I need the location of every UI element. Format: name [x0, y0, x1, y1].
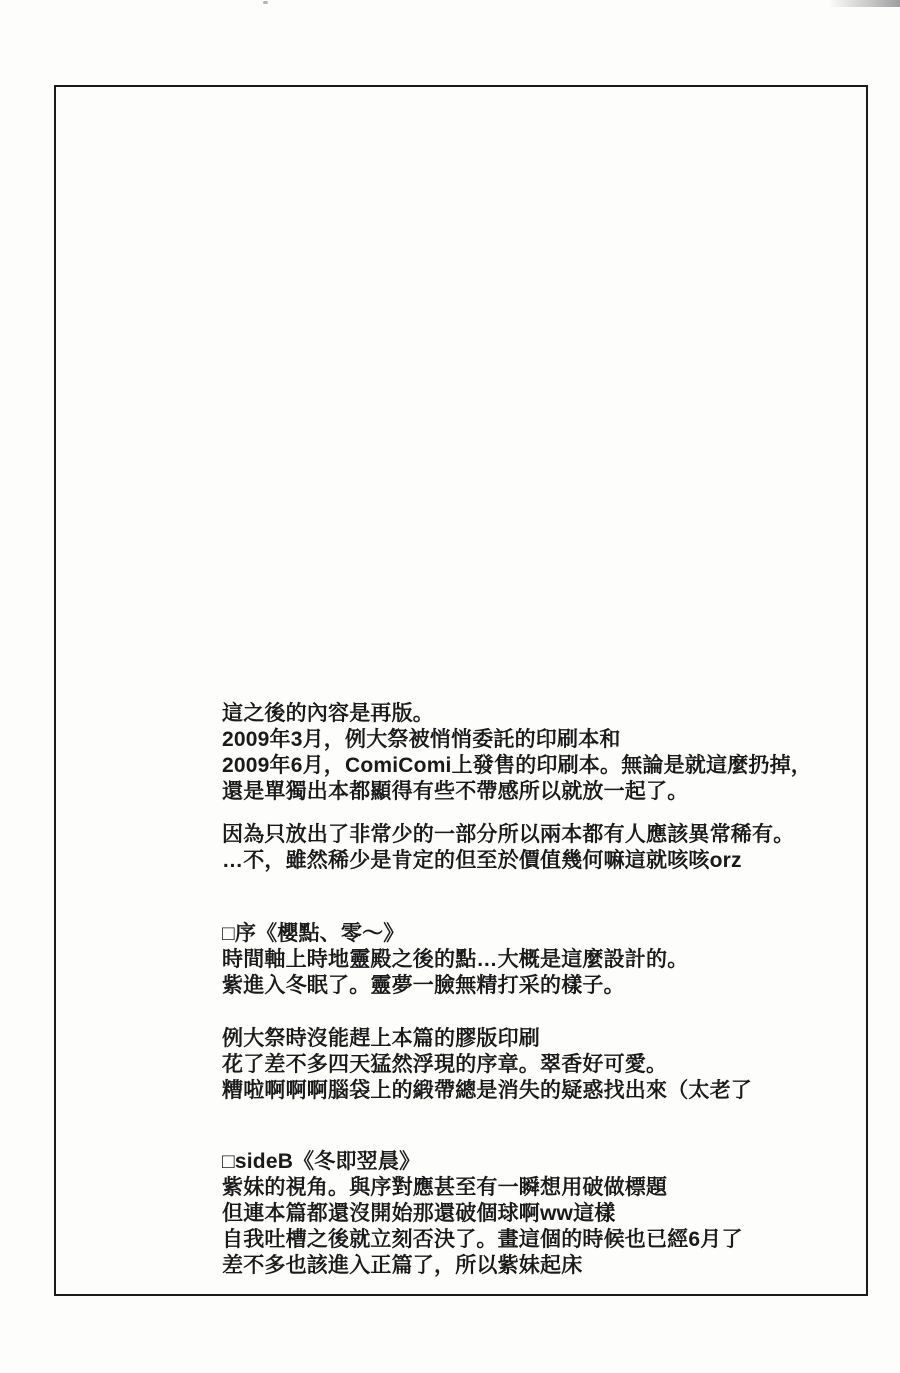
page-border-frame [54, 85, 868, 1296]
paragraph-sideb-section: □sideB《冬即翌晨》 紫妹的視角。與序對應甚至有一瞬想用破做標題 但連本篇都… [222, 1149, 743, 1279]
scanned-afterword-page: 這之後的內容是再版。 2009年3月，例大祭被悄悄委託的印刷本和 2009年6月… [0, 0, 900, 1373]
paragraph-reprint-note: 這之後的內容是再版。 2009年3月，例大祭被悄悄委託的印刷本和 2009年6月… [222, 701, 812, 805]
afterword-line: 2009年6月，ComiComi上發售的印刷本。無論是就這麼扔掉， [222, 753, 812, 779]
afterword-line: 花了差不多四天猛然浮現的序章。翠香好可愛。 [222, 1052, 752, 1078]
afterword-line: …不，雖然稀少是肯定的但至於價值幾何嘛這就咳咳orz [222, 848, 794, 874]
afterword-line: 時間軸上時地靈殿之後的點…大概是這麼設計的。 [222, 947, 688, 973]
section-heading-prologue: □序《櫻點、零～》 [222, 921, 688, 947]
afterword-line: 這之後的內容是再版。 [222, 701, 812, 727]
afterword-line: 2009年3月，例大祭被悄悄委託的印刷本和 [222, 727, 812, 753]
paragraph-prologue-notes: 例大祭時沒能趕上本篇的膠版印刷 花了差不多四天猛然浮現的序章。翠香好可愛。 糟啦… [222, 1026, 752, 1104]
afterword-line: 自我吐槽之後就立刻否決了。畫這個的時候也已經6月了 [222, 1227, 743, 1253]
afterword-line: 例大祭時沒能趕上本篇的膠版印刷 [222, 1026, 752, 1052]
afterword-line: 因為只放出了非常少的一部分所以兩本都有人應該異常稀有。 [222, 822, 794, 848]
section-heading-sideb: □sideB《冬即翌晨》 [222, 1149, 743, 1175]
afterword-line: 但連本篇都還沒開始那還破個球啊ww這樣 [222, 1201, 743, 1227]
afterword-line: 紫進入冬眠了。靈夢一臉無精打采的樣子。 [222, 973, 688, 999]
afterword-line: 還是單獨出本都顯得有些不帶感所以就放一起了。 [222, 779, 812, 805]
afterword-line: 糟啦啊啊啊腦袋上的緞帶總是消失的疑惑找出來（太老了 [222, 1078, 752, 1104]
paragraph-prologue-section: □序《櫻點、零～》 時間軸上時地靈殿之後的點…大概是這麼設計的。 紫進入冬眠了。… [222, 921, 688, 999]
scan-smudge-artifact [828, 0, 900, 7]
afterword-line: 差不多也該進入正篇了，所以紫妹起床 [222, 1253, 743, 1279]
paragraph-rarity-note: 因為只放出了非常少的一部分所以兩本都有人應該異常稀有。 …不，雖然稀少是肯定的但… [222, 822, 794, 874]
afterword-line: 紫妹的視角。與序對應甚至有一瞬想用破做標題 [222, 1175, 743, 1201]
scan-speck-artifact [263, 1, 268, 4]
